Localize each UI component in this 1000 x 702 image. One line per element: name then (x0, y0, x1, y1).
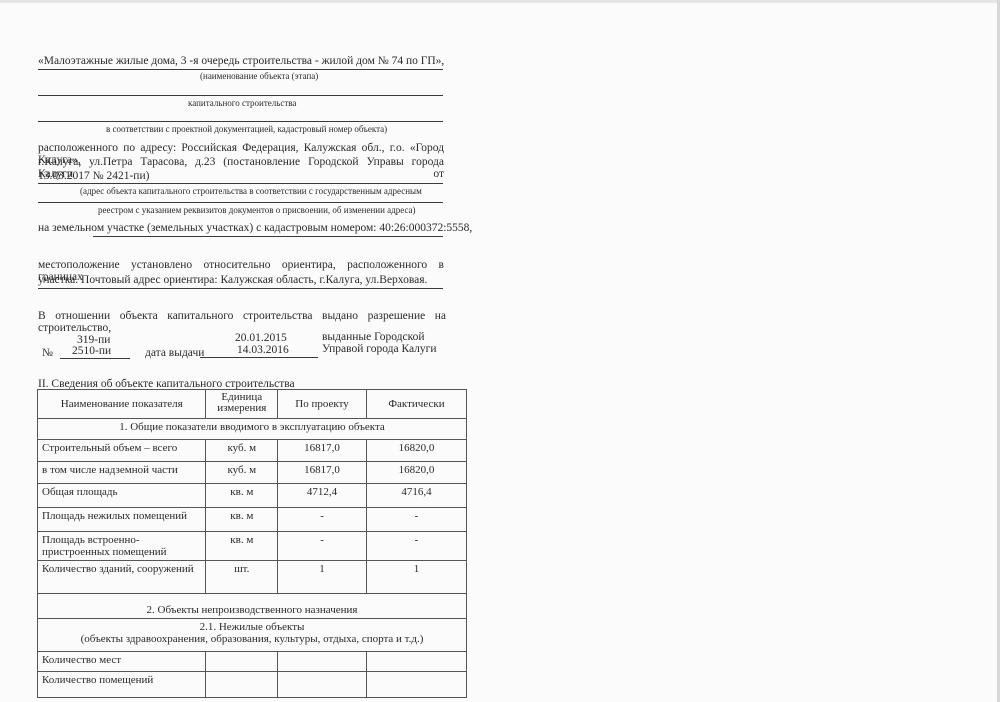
row-actual (366, 652, 466, 672)
address-caption-1: (адрес объекта капитального строительств… (80, 186, 422, 196)
header-actual: Фактически (366, 390, 466, 419)
project-caption: в соответствии с проектной документацией… (106, 124, 387, 134)
underline (38, 288, 443, 289)
header-indicator: Наименование показателя (38, 390, 206, 419)
section-row: 2. Объекты непроизводственного назначени… (38, 594, 467, 619)
address-line-3: 13.03.2017 № 2421-пи) (38, 170, 149, 182)
row-name: Площадь нежилых помещений (38, 508, 206, 532)
row-project (278, 652, 367, 672)
issue-date-label: дата выдачи (145, 347, 204, 359)
indicators-table: Наименование показателя Единица измерени… (37, 389, 467, 698)
row-actual: 4716,4 (366, 484, 466, 508)
table-row: Площадь встроенно-пристроенных помещений… (38, 532, 467, 561)
row-project: - (278, 532, 367, 561)
section-2-1-subtitle: (объекты здравоохранения, образования, к… (42, 633, 462, 645)
row-unit: кв. м (206, 484, 278, 508)
section-1-title: 1. Общие показатели вводимого в эксплуат… (38, 419, 467, 440)
issued-by-line-2: Управой города Калуги (322, 343, 437, 355)
object-name-caption: (наименование объекта (этапа) (200, 71, 318, 81)
row-project: 16817,0 (278, 462, 367, 484)
row-actual (366, 672, 466, 698)
table-row: в том числе надземной части куб. м 16817… (38, 462, 467, 484)
table-row: Общая площадь кв. м 4712,4 4716,4 (38, 484, 467, 508)
row-unit: шт. (206, 561, 278, 594)
row-name: Площадь встроенно-пристроенных помещений (38, 532, 206, 561)
land-plot-cadastral: на земельном участке (земельных участках… (38, 222, 472, 234)
row-actual: 1 (366, 561, 466, 594)
row-name: Количество зданий, сооружений (38, 561, 206, 594)
row-name: Количество помещений (38, 672, 206, 698)
issue-date-2: 14.03.2016 (237, 344, 289, 356)
row-project (278, 672, 367, 698)
table-row: Количество зданий, сооружений шт. 1 1 (38, 561, 467, 594)
underline (38, 183, 443, 184)
table-row: Количество мест (38, 652, 467, 672)
header-project: По проекту (278, 390, 367, 419)
row-unit: кв. м (206, 508, 278, 532)
row-name: Количество мест (38, 652, 206, 672)
table-header-row: Наименование показателя Единица измерени… (38, 390, 467, 419)
row-unit (206, 652, 278, 672)
permit-number-2: 2510-пи (72, 345, 111, 357)
row-unit: куб. м (206, 440, 278, 462)
section-2-1-title: 2.1. Нежилые объекты (объекты здравоохра… (38, 619, 467, 652)
capital-caption: капитального строительства (188, 98, 296, 108)
underline (38, 69, 443, 70)
underline (38, 121, 443, 122)
row-project: 1 (278, 561, 367, 594)
row-project: - (278, 508, 367, 532)
permit-no-label: № (42, 347, 53, 359)
section-2-title: 2. Объекты непроизводственного назначени… (38, 594, 467, 619)
row-name: в том числе надземной части (38, 462, 206, 484)
row-project: 16817,0 (278, 440, 367, 462)
underline (60, 358, 130, 359)
scan-edge-top (0, 0, 1000, 3)
row-name: Строительный объем – всего (38, 440, 206, 462)
location-line-2: участка. Почтовый адрес ориентира: Калуж… (38, 274, 427, 286)
table-row: Строительный объем – всего куб. м 16817,… (38, 440, 467, 462)
section-row: 2.1. Нежилые объекты (объекты здравоохра… (38, 619, 467, 652)
underline (38, 202, 443, 203)
section-row: 1. Общие показатели вводимого в эксплуат… (38, 419, 467, 440)
address-caption-2: реестром с указанием реквизитов документ… (98, 205, 416, 215)
row-actual: - (366, 532, 466, 561)
row-name: Общая площадь (38, 484, 206, 508)
row-unit (206, 672, 278, 698)
row-actual: 16820,0 (366, 462, 466, 484)
row-actual: 16820,0 (366, 440, 466, 462)
object-name: «Малоэтажные жилые дома, 3 -я очередь ст… (38, 55, 444, 67)
underline (93, 236, 443, 237)
issued-by-line-1: выданные Городской (322, 331, 425, 343)
row-actual: - (366, 508, 466, 532)
row-unit: куб. м (206, 462, 278, 484)
issue-date-1: 20.01.2015 (235, 332, 287, 344)
row-unit: кв. м (206, 532, 278, 561)
header-unit: Единица измерения (206, 390, 278, 419)
underline (38, 95, 443, 96)
section-2-1-heading: 2.1. Нежилые объекты (42, 621, 462, 633)
table-row: Площадь нежилых помещений кв. м - - (38, 508, 467, 532)
underline (200, 357, 318, 358)
row-project: 4712,4 (278, 484, 367, 508)
table-row: Количество помещений (38, 672, 467, 698)
